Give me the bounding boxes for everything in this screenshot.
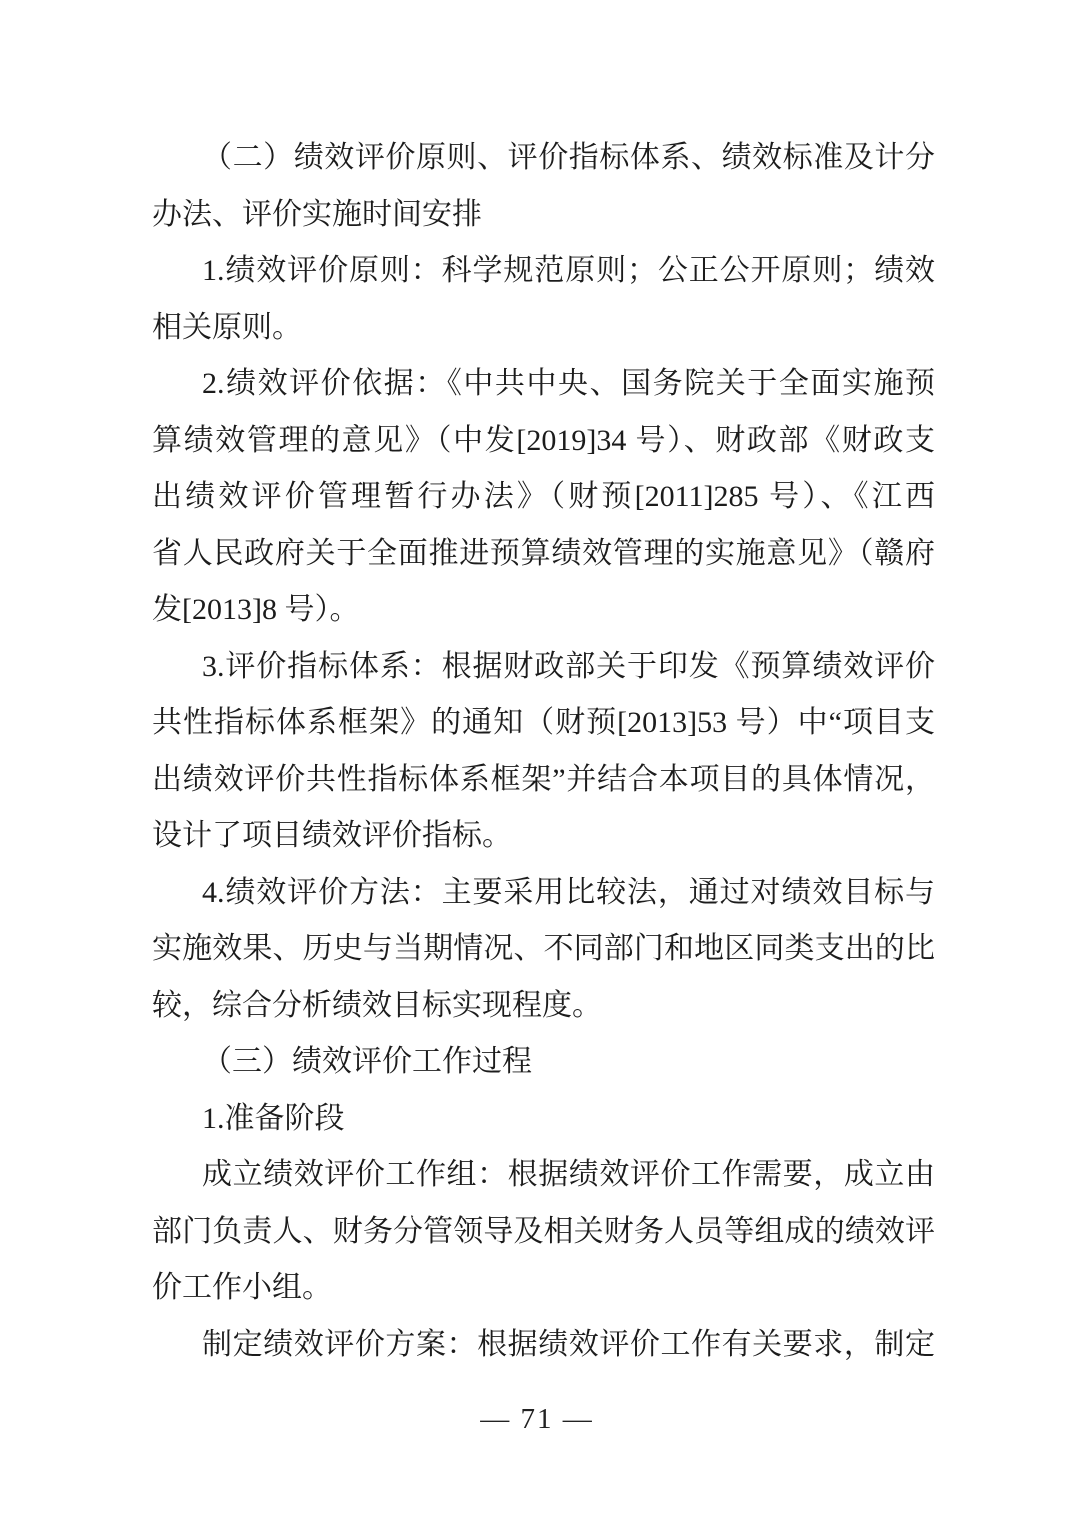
paragraph: 1.绩效评价原则：科学规范原则；公正公开原则；绩效 相关原则。 <box>152 243 935 356</box>
text-line: 设计了项目绩效评价指标。 <box>152 808 935 865</box>
paragraph: （二）绩效评价原则、评价指标体系、绩效标准及计分 办法、评价实施时间安排 <box>152 130 935 243</box>
text-line: 4.绩效评价方法：主要采用比较法，通过对绩效目标与 <box>152 865 935 922</box>
paragraph: 3.评价指标体系：根据财政部关于印发《预算绩效评价 共性指标体系框架》的通知（财… <box>152 639 935 865</box>
text-line: 部门负责人、财务分管领导及相关财务人员等组成的绩效评 <box>152 1204 935 1261</box>
document-body: （二）绩效评价原则、评价指标体系、绩效标准及计分 办法、评价实施时间安排 1.绩… <box>152 130 935 1373</box>
text-line: 成立绩效评价工作组：根据绩效评价工作需要，成立由 <box>152 1147 935 1204</box>
text-line: 发[2013]8 号）。 <box>152 582 935 639</box>
text-line: 共性指标体系框架》的通知（财预[2013]53 号）中“项目支 <box>152 695 935 752</box>
text-line: 算绩效管理的意见》（中发[2019]34 号）、财政部《财政支 <box>152 413 935 470</box>
text-line: 制定绩效评价方案：根据绩效评价工作有关要求，制定 <box>152 1317 935 1374</box>
text-line: 出绩效评价共性指标体系框架”并结合本项目的具体情况， <box>152 752 935 809</box>
text-line: 3.评价指标体系：根据财政部关于印发《预算绩效评价 <box>152 639 935 696</box>
paragraph: 制定绩效评价方案：根据绩效评价工作有关要求，制定 <box>152 1317 935 1374</box>
paragraph: 成立绩效评价工作组：根据绩效评价工作需要，成立由 部门负责人、财务分管领导及相关… <box>152 1147 935 1317</box>
section-heading-line: （三）绩效评价工作过程 <box>152 1034 935 1091</box>
text-line: 价工作小组。 <box>152 1260 935 1317</box>
text-line: 办法、评价实施时间安排 <box>152 187 935 244</box>
paragraph: 2.绩效评价依据：《中共中央、国务院关于全面实施预 算绩效管理的意见》（中发[2… <box>152 356 935 639</box>
document-page: （二）绩效评价原则、评价指标体系、绩效标准及计分 办法、评价实施时间安排 1.绩… <box>0 0 1074 1520</box>
text-line: 省人民政府关于全面推进预算绩效管理的实施意见》（赣府 <box>152 526 935 583</box>
text-line: 出绩效评价管理暂行办法》（财预[2011]285 号）、《江西 <box>152 469 935 526</box>
subsection-heading-line: 1.准备阶段 <box>152 1091 935 1148</box>
text-line: （二）绩效评价原则、评价指标体系、绩效标准及计分 <box>152 130 935 187</box>
paragraph: 1.准备阶段 <box>152 1091 935 1148</box>
text-line: 较，综合分析绩效目标实现程度。 <box>152 978 935 1035</box>
paragraph: （三）绩效评价工作过程 <box>152 1034 935 1091</box>
paragraph: 4.绩效评价方法：主要采用比较法，通过对绩效目标与 实施效果、历史与当期情况、不… <box>152 865 935 1035</box>
page-number-footer: — 71 — <box>0 1398 1074 1440</box>
text-line: 1.绩效评价原则：科学规范原则；公正公开原则；绩效 <box>152 243 935 300</box>
text-line: 相关原则。 <box>152 300 935 357</box>
text-line: 2.绩效评价依据：《中共中央、国务院关于全面实施预 <box>152 356 935 413</box>
text-line: 实施效果、历史与当期情况、不同部门和地区同类支出的比 <box>152 921 935 978</box>
